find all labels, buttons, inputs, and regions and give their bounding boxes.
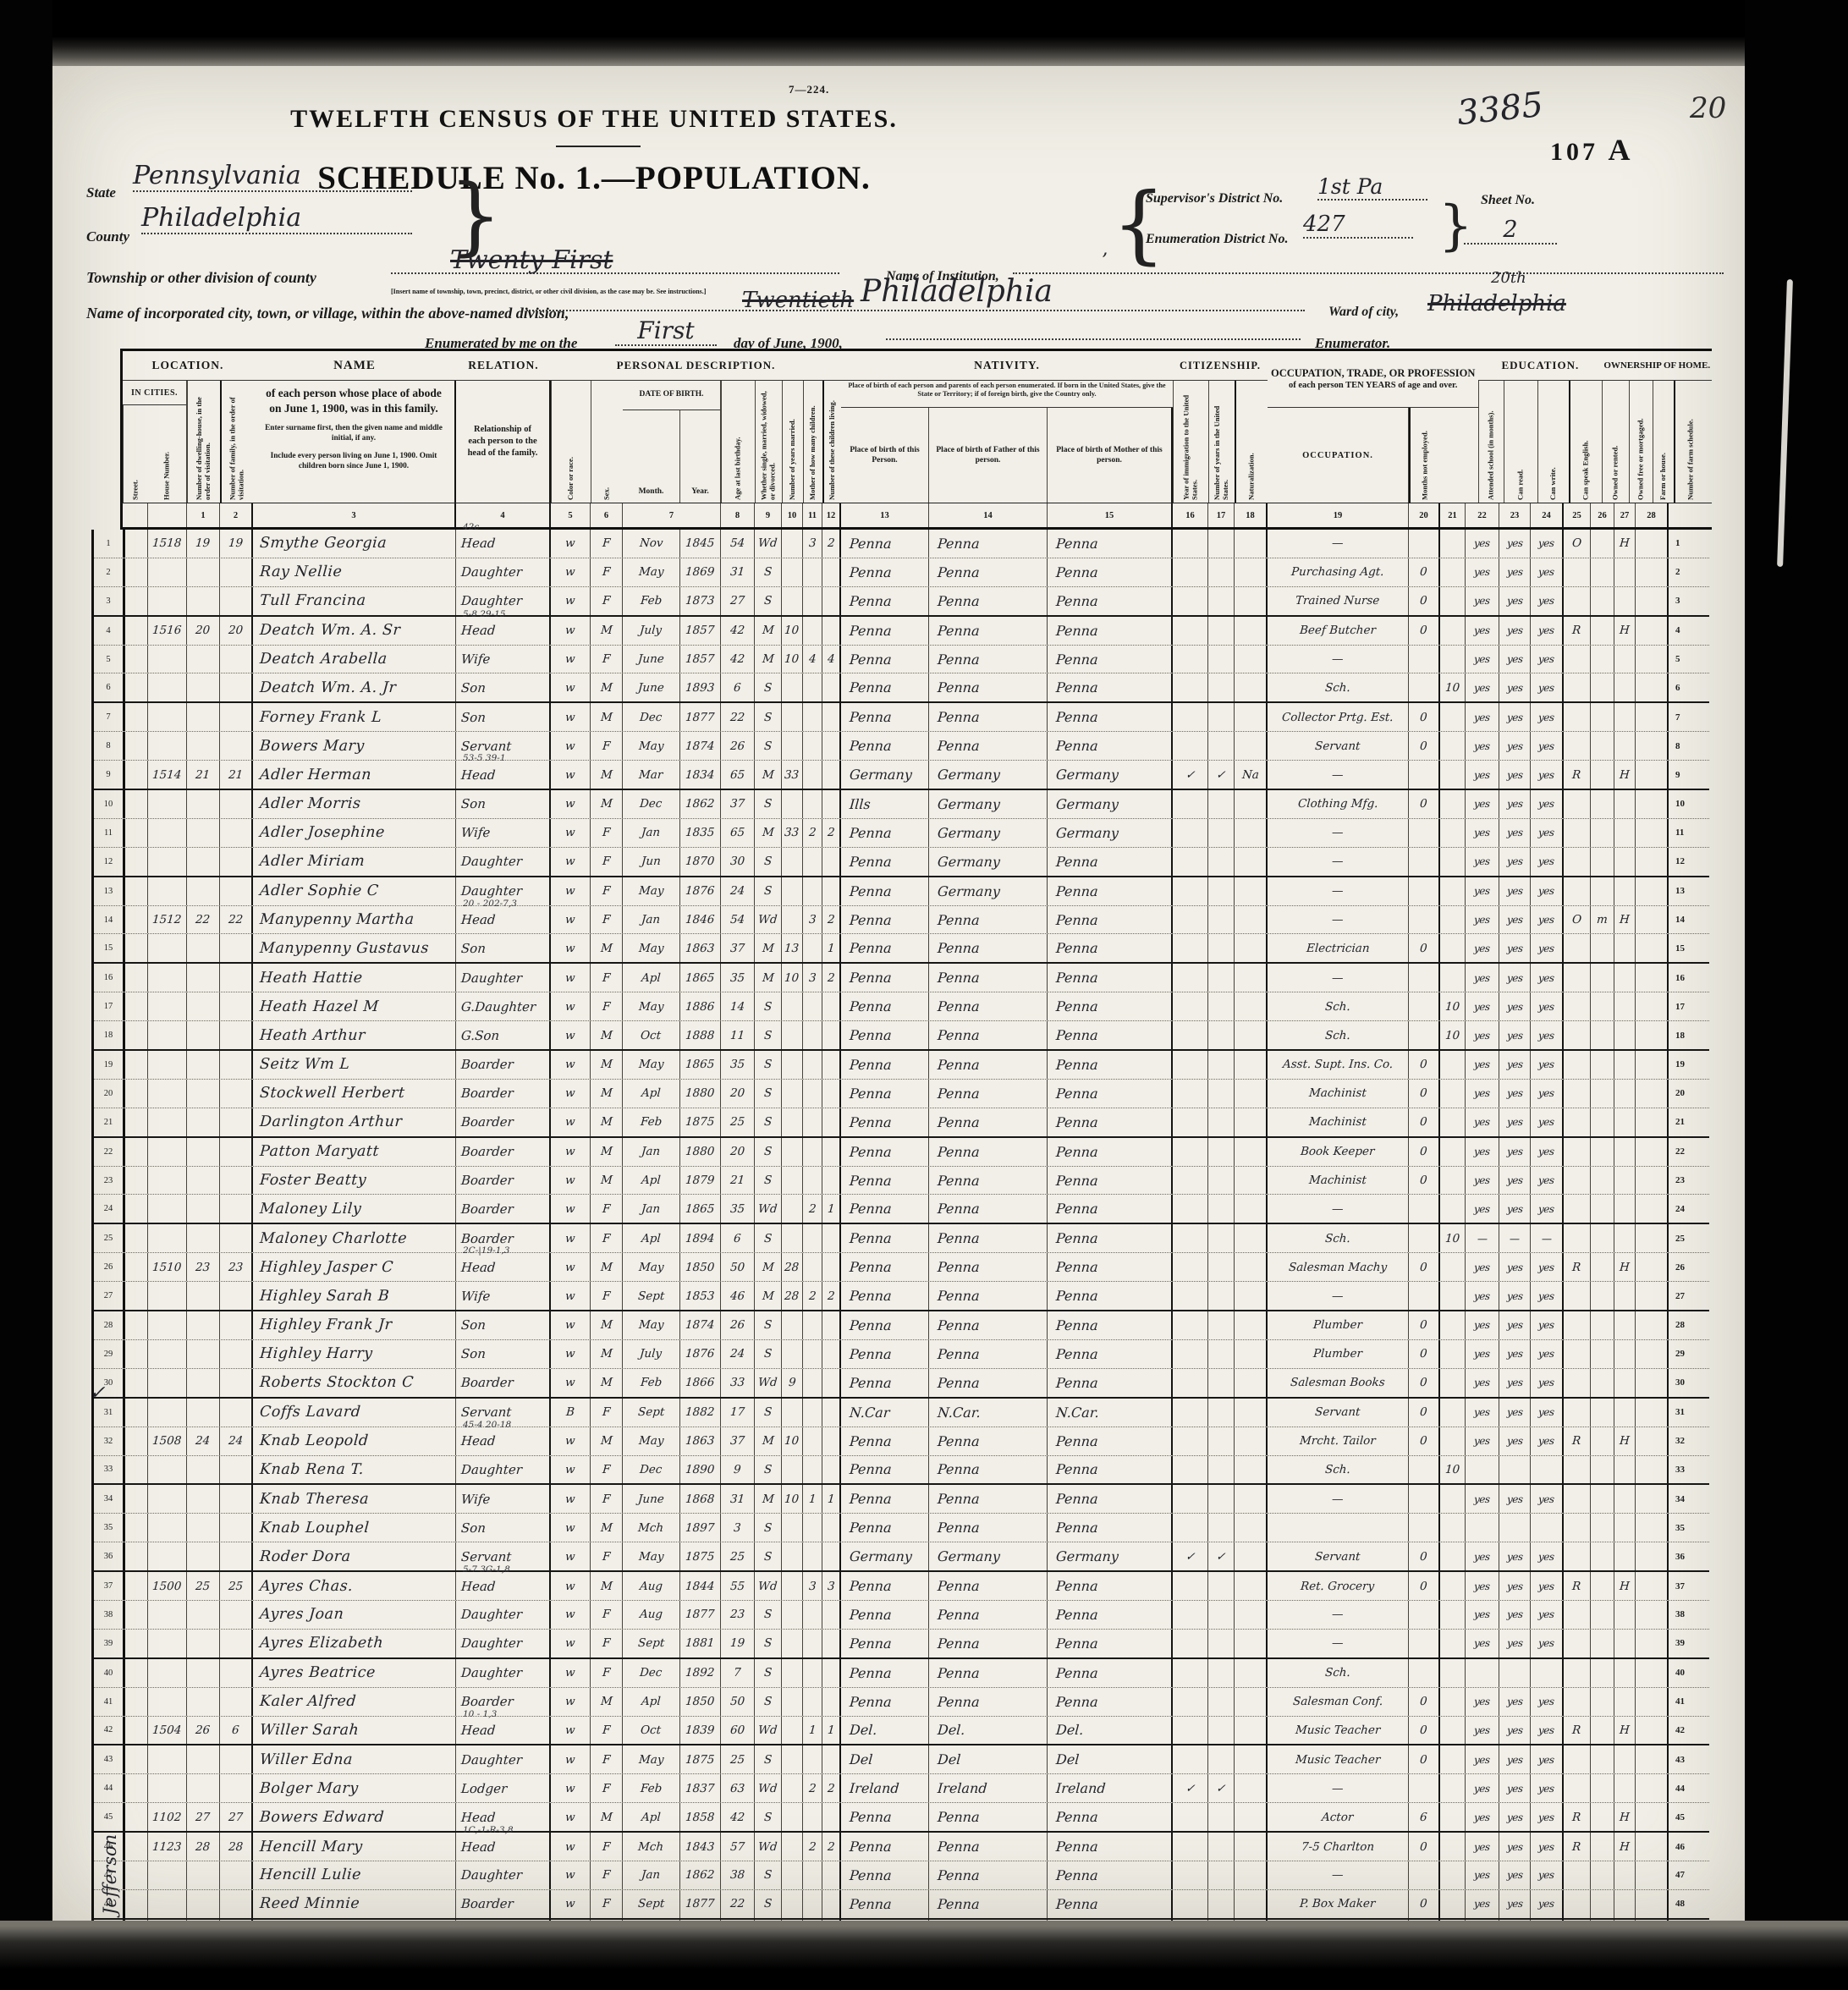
col-oc: Sch.: [1268, 1224, 1409, 1252]
census-scan: 7—224. TWELFTH CENSUS OF THE UNITED STAT…: [0, 0, 1848, 1990]
col-bm: Penna: [1048, 617, 1173, 645]
row-number-left: 43: [94, 1745, 123, 1773]
row-number-right: 32: [1669, 1427, 1709, 1455]
col-ny: [1208, 992, 1235, 1020]
col-fs: [1636, 1803, 1669, 1831]
ward-superscript: 20th: [1491, 269, 1526, 287]
col-ag: 37: [721, 1427, 755, 1455]
col-rd: yes: [1466, 1138, 1499, 1166]
row-number-left: 47: [94, 1861, 123, 1889]
col-mn: [1409, 761, 1440, 789]
col-fh: [1614, 1051, 1636, 1079]
row-number-right: 35: [1669, 1514, 1709, 1542]
col-ny: [1208, 558, 1235, 586]
col-rl: Wife: [456, 1282, 551, 1310]
col-cl: w: [551, 1659, 591, 1687]
col-ym: 33: [782, 761, 803, 789]
col-fs: [1636, 1369, 1669, 1397]
col-oc: —: [1268, 761, 1409, 789]
col-mb: [803, 1340, 822, 1368]
col-mn: [1409, 848, 1440, 876]
col-fm: 27: [220, 1803, 253, 1831]
col-wr: yes: [1499, 1717, 1531, 1745]
col-ml: [822, 877, 841, 905]
col-nm: Darlington Arthur: [253, 1108, 456, 1136]
col-rd: yes: [1466, 1890, 1499, 1918]
col-sp: yes: [1531, 1861, 1564, 1889]
col-oc: Sch.: [1268, 673, 1409, 701]
col-bp: Ireland: [841, 1774, 929, 1802]
col-rl: 5-8 29-15Head: [456, 617, 551, 645]
col-ml: 1: [822, 1195, 841, 1223]
col-ny: [1208, 1311, 1235, 1339]
col-fm: 19: [220, 530, 253, 558]
col-rl: Son: [456, 934, 551, 962]
col-rd: yes: [1466, 1803, 1499, 1831]
col-mb: [803, 848, 822, 876]
col-mb: [803, 1108, 822, 1136]
col-nm: Knab Theresa: [253, 1485, 456, 1513]
col-fm: 21: [220, 761, 253, 789]
col-fm: [220, 1861, 253, 1889]
col-rl: 1C,-1-R-3,8Head: [456, 1833, 551, 1861]
col-bp: Germany: [841, 761, 929, 789]
col-sx: M: [591, 1253, 623, 1281]
col-bm: Penna: [1048, 1311, 1173, 1339]
table-row: 27Highley Sarah BWifewFSept185346M2822Pe…: [94, 1282, 1709, 1311]
col-na: [1235, 1108, 1268, 1136]
table-row: 31Coffs LavardServantBFSept188217SN.CarN…: [94, 1399, 1709, 1427]
col-oc: Mrcht. Tailor: [1268, 1427, 1409, 1455]
col-at: [1440, 1282, 1466, 1310]
col-bf: Penna: [929, 992, 1048, 1020]
col-ag: 20: [721, 1080, 755, 1108]
row-number-left: 24: [94, 1195, 123, 1223]
col-at: 10: [1440, 992, 1466, 1020]
col-mb: [803, 1542, 822, 1570]
col-dw: [187, 1890, 220, 1918]
col-ow: R: [1564, 761, 1591, 789]
col-st: [123, 1745, 148, 1773]
col-rd: yes: [1466, 617, 1499, 645]
col-fr: [1591, 617, 1614, 645]
col-header-month: Month.: [623, 410, 680, 503]
col-rl: Son: [456, 1514, 551, 1542]
col-ny: [1208, 1224, 1235, 1252]
table-row: 11Adler JosephineWifewFJan183565M3322Pen…: [94, 819, 1709, 848]
row-number-right: 45: [1669, 1803, 1709, 1831]
col-hn: [148, 1167, 187, 1195]
col-yi: [1173, 1688, 1208, 1716]
col-mr: S: [755, 1167, 782, 1195]
col-rl: Son: [456, 1311, 551, 1339]
col-mn: [1409, 1485, 1440, 1513]
film-edge-top: [0, 0, 1848, 66]
col-hn: [148, 1774, 187, 1802]
col-ml: [822, 1456, 841, 1484]
col-nm: Highley Jasper C: [253, 1253, 456, 1281]
col-mb: 4: [803, 646, 822, 673]
col-rd: yes: [1466, 1195, 1499, 1223]
col-ag: 63: [721, 1774, 755, 1802]
col-hn: 1518: [148, 530, 187, 558]
col-rl: Boarder: [456, 1138, 551, 1166]
col-mo: May: [623, 1311, 680, 1339]
col-ow: [1564, 646, 1591, 673]
col-sx: F: [591, 587, 623, 615]
col-bf: Penna: [929, 1688, 1048, 1716]
col-mb: [803, 934, 822, 962]
col-fr: [1591, 1399, 1614, 1427]
col-ag: 42: [721, 1803, 755, 1831]
col-fh: H: [1614, 617, 1636, 645]
col-oc: —: [1268, 1195, 1409, 1223]
table-row: 13Adler Sophie CDaughterwFMay187624SPenn…: [94, 877, 1709, 906]
col-rl: Boarder: [456, 1369, 551, 1397]
col-yr: 1892: [680, 1659, 721, 1687]
col-yi: [1173, 964, 1208, 992]
col-ym: [782, 1514, 803, 1542]
col-bf: Penna: [929, 1572, 1048, 1600]
col-oc: Plumber: [1268, 1340, 1409, 1368]
col-ml: [822, 1340, 841, 1368]
col-bm: Penna: [1048, 1890, 1173, 1918]
table-row: 421504266Willer Sarah10 - 1,3HeadwFOct18…: [94, 1717, 1709, 1746]
col-rl: Daughter: [456, 848, 551, 876]
col-fm: 22: [220, 906, 253, 934]
col-sp: yes: [1531, 1485, 1564, 1513]
col-ym: 13: [782, 934, 803, 962]
col-yr: 1869: [680, 558, 721, 586]
col-sp: yes: [1531, 1399, 1564, 1427]
col-mb: 3: [803, 906, 822, 934]
col-mb: 2: [803, 1195, 822, 1223]
col-mn: 0: [1409, 1108, 1440, 1136]
col-yi: [1173, 530, 1208, 558]
col-ny: [1208, 1745, 1235, 1773]
col-rl: Daughter: [456, 1601, 551, 1629]
col-sx: M: [591, 1514, 623, 1542]
col-cl: w: [551, 761, 591, 789]
col-sx: M: [591, 1427, 623, 1455]
col-st: [123, 1542, 148, 1570]
col-mn: 0: [1409, 1167, 1440, 1195]
table-row: 10Adler MorrisSonwMDec186237SIllsGermany…: [94, 790, 1709, 819]
col-rd: yes: [1466, 1108, 1499, 1136]
col-ml: [822, 617, 841, 645]
col-bp: Penna: [841, 1167, 929, 1195]
col-ow: R: [1564, 1572, 1591, 1600]
col-yr: 1890: [680, 1456, 721, 1484]
col-na: [1235, 1745, 1268, 1773]
col-dw: [187, 1138, 220, 1166]
col-bp: Penna: [841, 1890, 929, 1918]
col-yr: 1876: [680, 877, 721, 905]
col-oc: Clothing Mfg.: [1268, 790, 1409, 818]
col-ym: [782, 1051, 803, 1079]
col-mo: Apl: [623, 1080, 680, 1108]
col-ow: [1564, 732, 1591, 760]
col-bf: Del.: [929, 1717, 1048, 1745]
col-bf: Penna: [929, 673, 1048, 701]
col-fs: [1636, 617, 1669, 645]
col-at: [1440, 646, 1466, 673]
col-bm: Penna: [1048, 1803, 1173, 1831]
col-fr: [1591, 1224, 1614, 1252]
col-mn: [1409, 673, 1440, 701]
row-number-left: 1: [94, 530, 123, 558]
col-bp: Penna: [841, 1224, 929, 1252]
col-ny: [1208, 790, 1235, 818]
col-fs: [1636, 1630, 1669, 1657]
col-ny: [1208, 1630, 1235, 1657]
col-mn: 0: [1409, 1399, 1440, 1427]
col-bf: Penna: [929, 1601, 1048, 1629]
row-number-right: 38: [1669, 1601, 1709, 1629]
col-fh: [1614, 790, 1636, 818]
col-sx: F: [591, 646, 623, 673]
col-yi: [1173, 646, 1208, 673]
col-fs: [1636, 1311, 1669, 1339]
col-fr: [1591, 1195, 1614, 1223]
row-number-left: 29: [94, 1340, 123, 1368]
col-mo: Mch: [623, 1514, 680, 1542]
col-st: [123, 1861, 148, 1889]
col-sx: F: [591, 1224, 623, 1252]
col-bf: Penna: [929, 1833, 1048, 1861]
col-mn: 0: [1409, 1717, 1440, 1745]
col-mo: May: [623, 877, 680, 905]
row-number-left: 28: [94, 1311, 123, 1339]
title-divider: [556, 146, 641, 147]
col-na: [1235, 703, 1268, 731]
col-fh: [1614, 587, 1636, 615]
col-fs: [1636, 1890, 1669, 1918]
row-number-right: 14: [1669, 906, 1709, 934]
col-yr: 1868: [680, 1485, 721, 1513]
col-ym: [782, 877, 803, 905]
col-ml: 1: [822, 1485, 841, 1513]
col-ym: [782, 558, 803, 586]
col-fh: [1614, 1601, 1636, 1629]
table-row: 19Seitz Wm LBoarderwMMay186535SPennaPenn…: [94, 1051, 1709, 1080]
col-rd: yes: [1466, 1572, 1499, 1600]
col-mn: 0: [1409, 1572, 1440, 1600]
col-na: [1235, 1572, 1268, 1600]
col-mo: June: [623, 646, 680, 673]
col-bf: Penna: [929, 964, 1048, 992]
enum-district-value: 427: [1303, 212, 1413, 239]
col-mn: 0: [1409, 1253, 1440, 1281]
sheet-value: 2: [1464, 217, 1557, 245]
col-ym: [782, 1340, 803, 1368]
col-mr: M: [755, 964, 782, 992]
col-at: [1440, 1399, 1466, 1427]
col-nm: Seitz Wm L: [253, 1051, 456, 1079]
col-yr: 1879: [680, 1167, 721, 1195]
col-dw: [187, 1021, 220, 1049]
col-yr: 1862: [680, 1861, 721, 1889]
table-row: 4611232828Hencill Mary1C,-1-R-3,8HeadwFM…: [94, 1833, 1709, 1861]
row-number-left: 12: [94, 848, 123, 876]
col-mo: Jan: [623, 819, 680, 847]
col-ny: [1208, 703, 1235, 731]
col-ow: [1564, 964, 1591, 992]
col-fh: [1614, 703, 1636, 731]
col-mo: Oct: [623, 1021, 680, 1049]
col-fs: [1636, 1601, 1669, 1629]
col-mr: S: [755, 877, 782, 905]
col-yi: [1173, 906, 1208, 934]
col-sp: yes: [1531, 1051, 1564, 1079]
col-st: [123, 1601, 148, 1629]
col-bf: Germany: [929, 848, 1048, 876]
col-hn: [148, 673, 187, 701]
row-number-right: 5: [1669, 646, 1709, 673]
col-hn: [148, 703, 187, 731]
col-ym: [782, 1688, 803, 1716]
col-oc: Servant: [1268, 1542, 1409, 1570]
col-fs: [1636, 1340, 1669, 1368]
col-dw: [187, 587, 220, 615]
row-number-left: 38: [94, 1601, 123, 1629]
col-oc: Beef Butcher: [1268, 617, 1409, 645]
col-mr: S: [755, 1688, 782, 1716]
col-nm: Adler Miriam: [253, 848, 456, 876]
col-bm: Penna: [1048, 1340, 1173, 1368]
col-st: [123, 1833, 148, 1861]
col-header-naturalization: Naturalization.: [1235, 381, 1268, 503]
col-mb: [803, 1080, 822, 1108]
col-bp: Penna: [841, 1427, 929, 1455]
col-header-year: Year.: [680, 410, 720, 503]
col-ow: [1564, 1051, 1591, 1079]
group-relation-title: RELATION.: [456, 351, 551, 381]
row-number-right: 17: [1669, 992, 1709, 1020]
col-fh: H: [1614, 530, 1636, 558]
col-sp: yes: [1531, 848, 1564, 876]
col-sp: yes: [1531, 1427, 1564, 1455]
col-ym: [782, 1774, 803, 1802]
col-na: [1235, 934, 1268, 962]
in-cities-block: IN CITIES. Street. House Number.: [123, 381, 187, 503]
col-mr: Wd: [755, 906, 782, 934]
col-mr: M: [755, 1485, 782, 1513]
row-number-left: 13: [94, 877, 123, 905]
col-yr: 1843: [680, 1833, 721, 1861]
col-bm: Penna: [1048, 1108, 1173, 1136]
row-number-right: 21: [1669, 1108, 1709, 1136]
table-row: 3Tull FrancinaDaughterwFFeb187327SPennaP…: [94, 587, 1709, 617]
table-row: 40Ayres BeatriceDaughterwFDec18927SPenna…: [94, 1659, 1709, 1688]
col-mb: [803, 761, 822, 789]
col-wr: yes: [1499, 1311, 1531, 1339]
col-oc: Music Teacher: [1268, 1717, 1409, 1745]
col-ag: 57: [721, 1833, 755, 1861]
col-mb: [803, 1659, 822, 1687]
col-bf: Penna: [929, 587, 1048, 615]
col-yi: [1173, 1514, 1208, 1542]
col-sp: [1531, 1456, 1564, 1484]
row-number-left: 37: [94, 1572, 123, 1600]
col-mn: 0: [1409, 1688, 1440, 1716]
col-na: Na: [1235, 761, 1268, 789]
col-fr: m: [1591, 906, 1614, 934]
col-fs: [1636, 703, 1669, 731]
col-dw: 27: [187, 1803, 220, 1831]
col-ml: 2: [822, 906, 841, 934]
col-mn: 0: [1409, 1833, 1440, 1861]
col-mr: Wd: [755, 1369, 782, 1397]
col-fs: [1636, 1051, 1669, 1079]
col-mo: Jan: [623, 1138, 680, 1166]
table-row: 30Roberts Stockton CBoarderwMFeb186633Wd…: [94, 1369, 1709, 1399]
table-row: 29Highley HarrySonwMJuly187624SPennaPenn…: [94, 1340, 1709, 1369]
col-bm: Penna: [1048, 1833, 1173, 1861]
row-number-right: 19: [1669, 1051, 1709, 1079]
col-rl: Daughter: [456, 1745, 551, 1773]
col-bf: Penna: [929, 1369, 1048, 1397]
col-mr: S: [755, 587, 782, 615]
col-fh: H: [1614, 1572, 1636, 1600]
col-wr: yes: [1499, 1745, 1531, 1773]
col-hn: 1514: [148, 761, 187, 789]
col-sx: F: [591, 906, 623, 934]
col-ny: [1208, 1167, 1235, 1195]
col-bf: Penna: [929, 703, 1048, 731]
col-mo: Sept: [623, 1282, 680, 1310]
col-fs: [1636, 530, 1669, 558]
col-yi: [1173, 1659, 1208, 1687]
col-bm: Penna: [1048, 1195, 1173, 1223]
col-mn: 0: [1409, 1542, 1440, 1570]
col-hn: [148, 1340, 187, 1368]
col-ym: [782, 1399, 803, 1427]
col-ym: [782, 1659, 803, 1687]
district-brace-left: {: [1112, 174, 1166, 273]
col-wr: yes: [1499, 1399, 1531, 1427]
col-yi: [1173, 1108, 1208, 1136]
col-oc: [1268, 1514, 1409, 1542]
col-bm: Penna: [1048, 1224, 1173, 1252]
col-rd: yes: [1466, 587, 1499, 615]
col-bf: Germany: [929, 877, 1048, 905]
col-rl: Wife: [456, 819, 551, 847]
col-hn: [148, 1745, 187, 1773]
col-bf: Penna: [929, 1485, 1048, 1513]
col-hn: [148, 1514, 187, 1542]
col-nm: Highley Sarah B: [253, 1282, 456, 1310]
col-ny: [1208, 906, 1235, 934]
col-nm: Smythe Georgia: [253, 530, 456, 558]
row-number-right: 42: [1669, 1717, 1709, 1745]
col-wr: yes: [1499, 1195, 1531, 1223]
col-sx: F: [591, 1745, 623, 1773]
census-table: LOCATION. IN CITIES. Street. House Numbe…: [91, 349, 1712, 1979]
col-sx: F: [591, 1601, 623, 1629]
col-bf: Germany: [929, 1542, 1048, 1570]
col-bf: Penna: [929, 1803, 1048, 1831]
row-number-left: 11: [94, 819, 123, 847]
col-fh: [1614, 1224, 1636, 1252]
col-yr: 1863: [680, 934, 721, 962]
col-hn: [148, 1369, 187, 1397]
table-row: 5Deatch ArabellaWifewFJune185742M1044Pen…: [94, 646, 1709, 674]
col-fs: [1636, 1427, 1669, 1455]
col-ow: [1564, 1456, 1591, 1484]
col-st: [123, 906, 148, 934]
col-at: [1440, 906, 1466, 934]
